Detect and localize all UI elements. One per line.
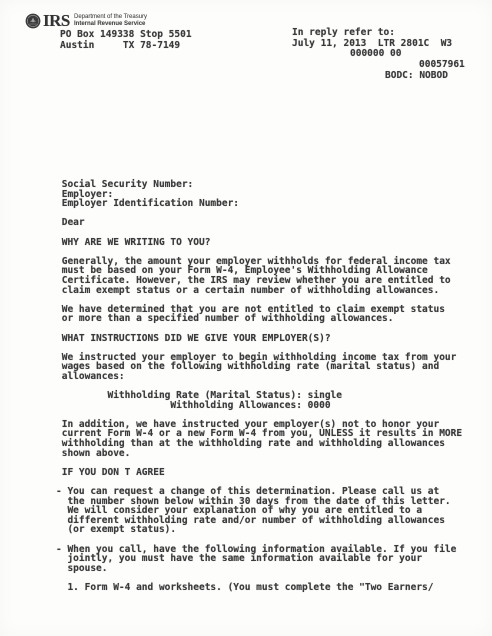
- dept-line-irs: Internal Revenue Service: [74, 21, 147, 28]
- irs-letter-page: IRS Department of the Treasury Internal …: [0, 0, 492, 636]
- irs-seal-icon: [25, 13, 41, 29]
- bodc-code: BODC: NOBOD: [385, 70, 448, 81]
- letterhead-department: Department of the Treasury Internal Reve…: [74, 14, 147, 27]
- return-address-city-state: Austin TX 78-7149: [60, 40, 180, 51]
- in-reply-refer-label: In reply refer to:: [292, 27, 395, 38]
- return-address-po-box: PO Box 149338 Stop 5501: [60, 29, 192, 40]
- irs-wordmark: IRS: [43, 11, 70, 31]
- letter-body: Social Security Number: Employer: Employ…: [56, 180, 462, 593]
- dept-line-treasury: Department of the Treasury: [74, 14, 147, 21]
- sequence-number: 00057961: [419, 59, 465, 70]
- reference-code: 000000 00: [350, 48, 401, 59]
